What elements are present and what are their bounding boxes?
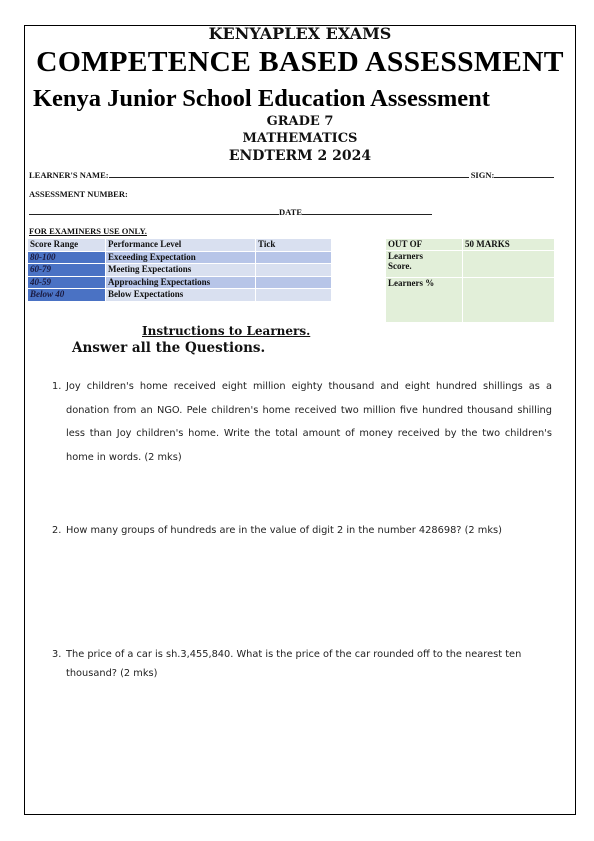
tick-cell[interactable] — [256, 251, 332, 264]
instructions-title: Instructions to Learners. — [142, 324, 310, 338]
question-3: 3. The price of a car is sh.3,455,840. W… — [52, 645, 522, 683]
question-number: 3. — [52, 645, 61, 664]
learners-score-field[interactable] — [463, 251, 555, 278]
header-tick: Tick — [256, 239, 332, 252]
instructions-text: Answer all the Questions. — [72, 340, 265, 356]
sign-field[interactable] — [494, 169, 554, 178]
marks-table: OUT OF 50 MARKS Learners Score. Learners… — [385, 238, 555, 323]
header-score-range: Score Range — [28, 239, 106, 252]
grade-label: GRADE 7 — [24, 114, 576, 129]
performance-level-cell: Exceeding Expectation — [106, 251, 256, 264]
score-range-cell: 60-79 — [28, 264, 106, 277]
table-row: 40-59 Approaching Expectations — [28, 276, 332, 289]
score-range-cell: 40-59 — [28, 276, 106, 289]
brand-heading: KENYAPLEX EXAMS — [24, 24, 576, 43]
score-range-cell: Below 40 — [28, 289, 106, 302]
date-row: DATE — [29, 206, 432, 217]
learners-percent-field[interactable] — [463, 278, 555, 323]
performance-level-cell: Meeting Expectations — [106, 264, 256, 277]
assessment-number-field[interactable] — [29, 206, 279, 215]
table-row: Below 40 Below Expectations — [28, 289, 332, 302]
tick-cell[interactable] — [256, 276, 332, 289]
header-performance-level: Performance Level — [106, 239, 256, 252]
subject-label: MATHEMATICS — [24, 131, 576, 146]
table-row: 60-79 Meeting Expectations — [28, 264, 332, 277]
learners-score-label: Learners Score. — [386, 251, 463, 278]
question-text: The price of a car is sh.3,455,840. What… — [66, 645, 522, 683]
sign-label: SIGN: — [471, 170, 495, 180]
performance-level-cell: Below Expectations — [106, 289, 256, 302]
question-1: 1. Joy children's home received eight mi… — [52, 375, 552, 469]
date-label: DATE — [279, 207, 302, 217]
out-of-label: OUT OF — [386, 239, 463, 251]
performance-table: Score Range Performance Level Tick 80-10… — [27, 238, 332, 302]
learner-name-label: LEARNER'S NAME: — [29, 170, 109, 180]
score-range-cell: 80-100 — [28, 251, 106, 264]
question-text: Joy children's home received eight milli… — [66, 375, 552, 469]
question-number: 2. — [52, 524, 61, 538]
learner-name-row: LEARNER'S NAME: SIGN: — [29, 169, 554, 180]
examiners-heading: FOR EXAMINERS USE ONLY. — [29, 226, 147, 236]
assessment-number-row: ASSESSMENT NUMBER: — [29, 189, 128, 199]
question-number: 1. — [52, 375, 61, 399]
learners-percent-label: Learners % — [386, 278, 463, 323]
assessment-number-label: ASSESSMENT NUMBER: — [29, 189, 128, 199]
table-header-row: Score Range Performance Level Tick — [28, 239, 332, 252]
learner-name-field[interactable] — [109, 169, 469, 178]
page-title: COMPETENCE BASED ASSESSMENT — [18, 46, 581, 79]
term-label: ENDTERM 2 2024 — [24, 148, 576, 164]
question-2: 2. How many groups of hundreds are in th… — [52, 524, 570, 538]
performance-level-cell: Approaching Expectations — [106, 276, 256, 289]
table-row: 80-100 Exceeding Expectation — [28, 251, 332, 264]
tick-cell[interactable] — [256, 289, 332, 302]
date-field[interactable] — [302, 206, 432, 215]
tick-cell[interactable] — [256, 264, 332, 277]
question-text: How many groups of hundreds are in the v… — [66, 524, 570, 538]
page-subtitle: Kenya Junior School Education Assessment — [33, 85, 490, 113]
out-of-value: 50 MARKS — [463, 239, 555, 251]
